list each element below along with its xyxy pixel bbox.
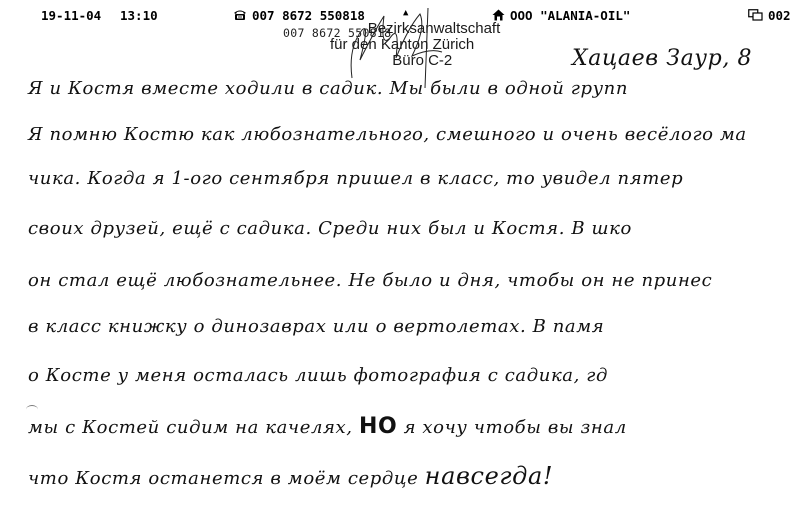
letter-line: он стал ещё любознательнее. Не было и дн… xyxy=(28,270,712,291)
letter-line: в класс книжку о динозаврах или о вертол… xyxy=(28,316,604,337)
fax-page-number: 002 xyxy=(768,8,790,23)
author-name: Хацаев Заур, 8 xyxy=(572,46,752,71)
telephone-icon xyxy=(233,9,247,24)
emphasis-word: навсегда! xyxy=(425,462,553,490)
fax-sender: OOO "ALANIA-OIL" xyxy=(492,8,630,24)
letter-line: о Косте у меня осталась лишь фотография … xyxy=(28,365,608,386)
letter-line: Я помню Костю как любознательного, смешн… xyxy=(28,124,747,145)
scan-smudge xyxy=(26,405,38,414)
fax-date: 19-11-04 xyxy=(41,8,101,23)
letter-line: мы с Костей сидим на качелях, НО я хочу … xyxy=(28,414,627,439)
letter-line: своих друзей, ещё с садика. Среди них бы… xyxy=(28,218,632,239)
emphasis-word: НО xyxy=(359,414,397,439)
pages-icon xyxy=(748,9,763,24)
line-text: мы с Костей сидим на качелях, xyxy=(28,417,353,438)
fax-page: 002 xyxy=(748,8,790,24)
fax-sender-name: OOO "ALANIA-OIL" xyxy=(510,8,630,23)
line-text: я хочу чтобы вы знал xyxy=(404,417,627,438)
fax-time: 13:10 xyxy=(120,8,158,23)
letter-line: чика. Когда я 1-ого сентября пришел в кл… xyxy=(28,168,683,189)
signature-scribble xyxy=(330,8,450,88)
line-text: что Костя останется в моём сердце xyxy=(28,468,418,489)
letter-line: что Костя останется в моём сердце навсег… xyxy=(28,462,553,490)
letter-line: Я и Костя вместе ходили в садик. Мы были… xyxy=(28,78,628,99)
